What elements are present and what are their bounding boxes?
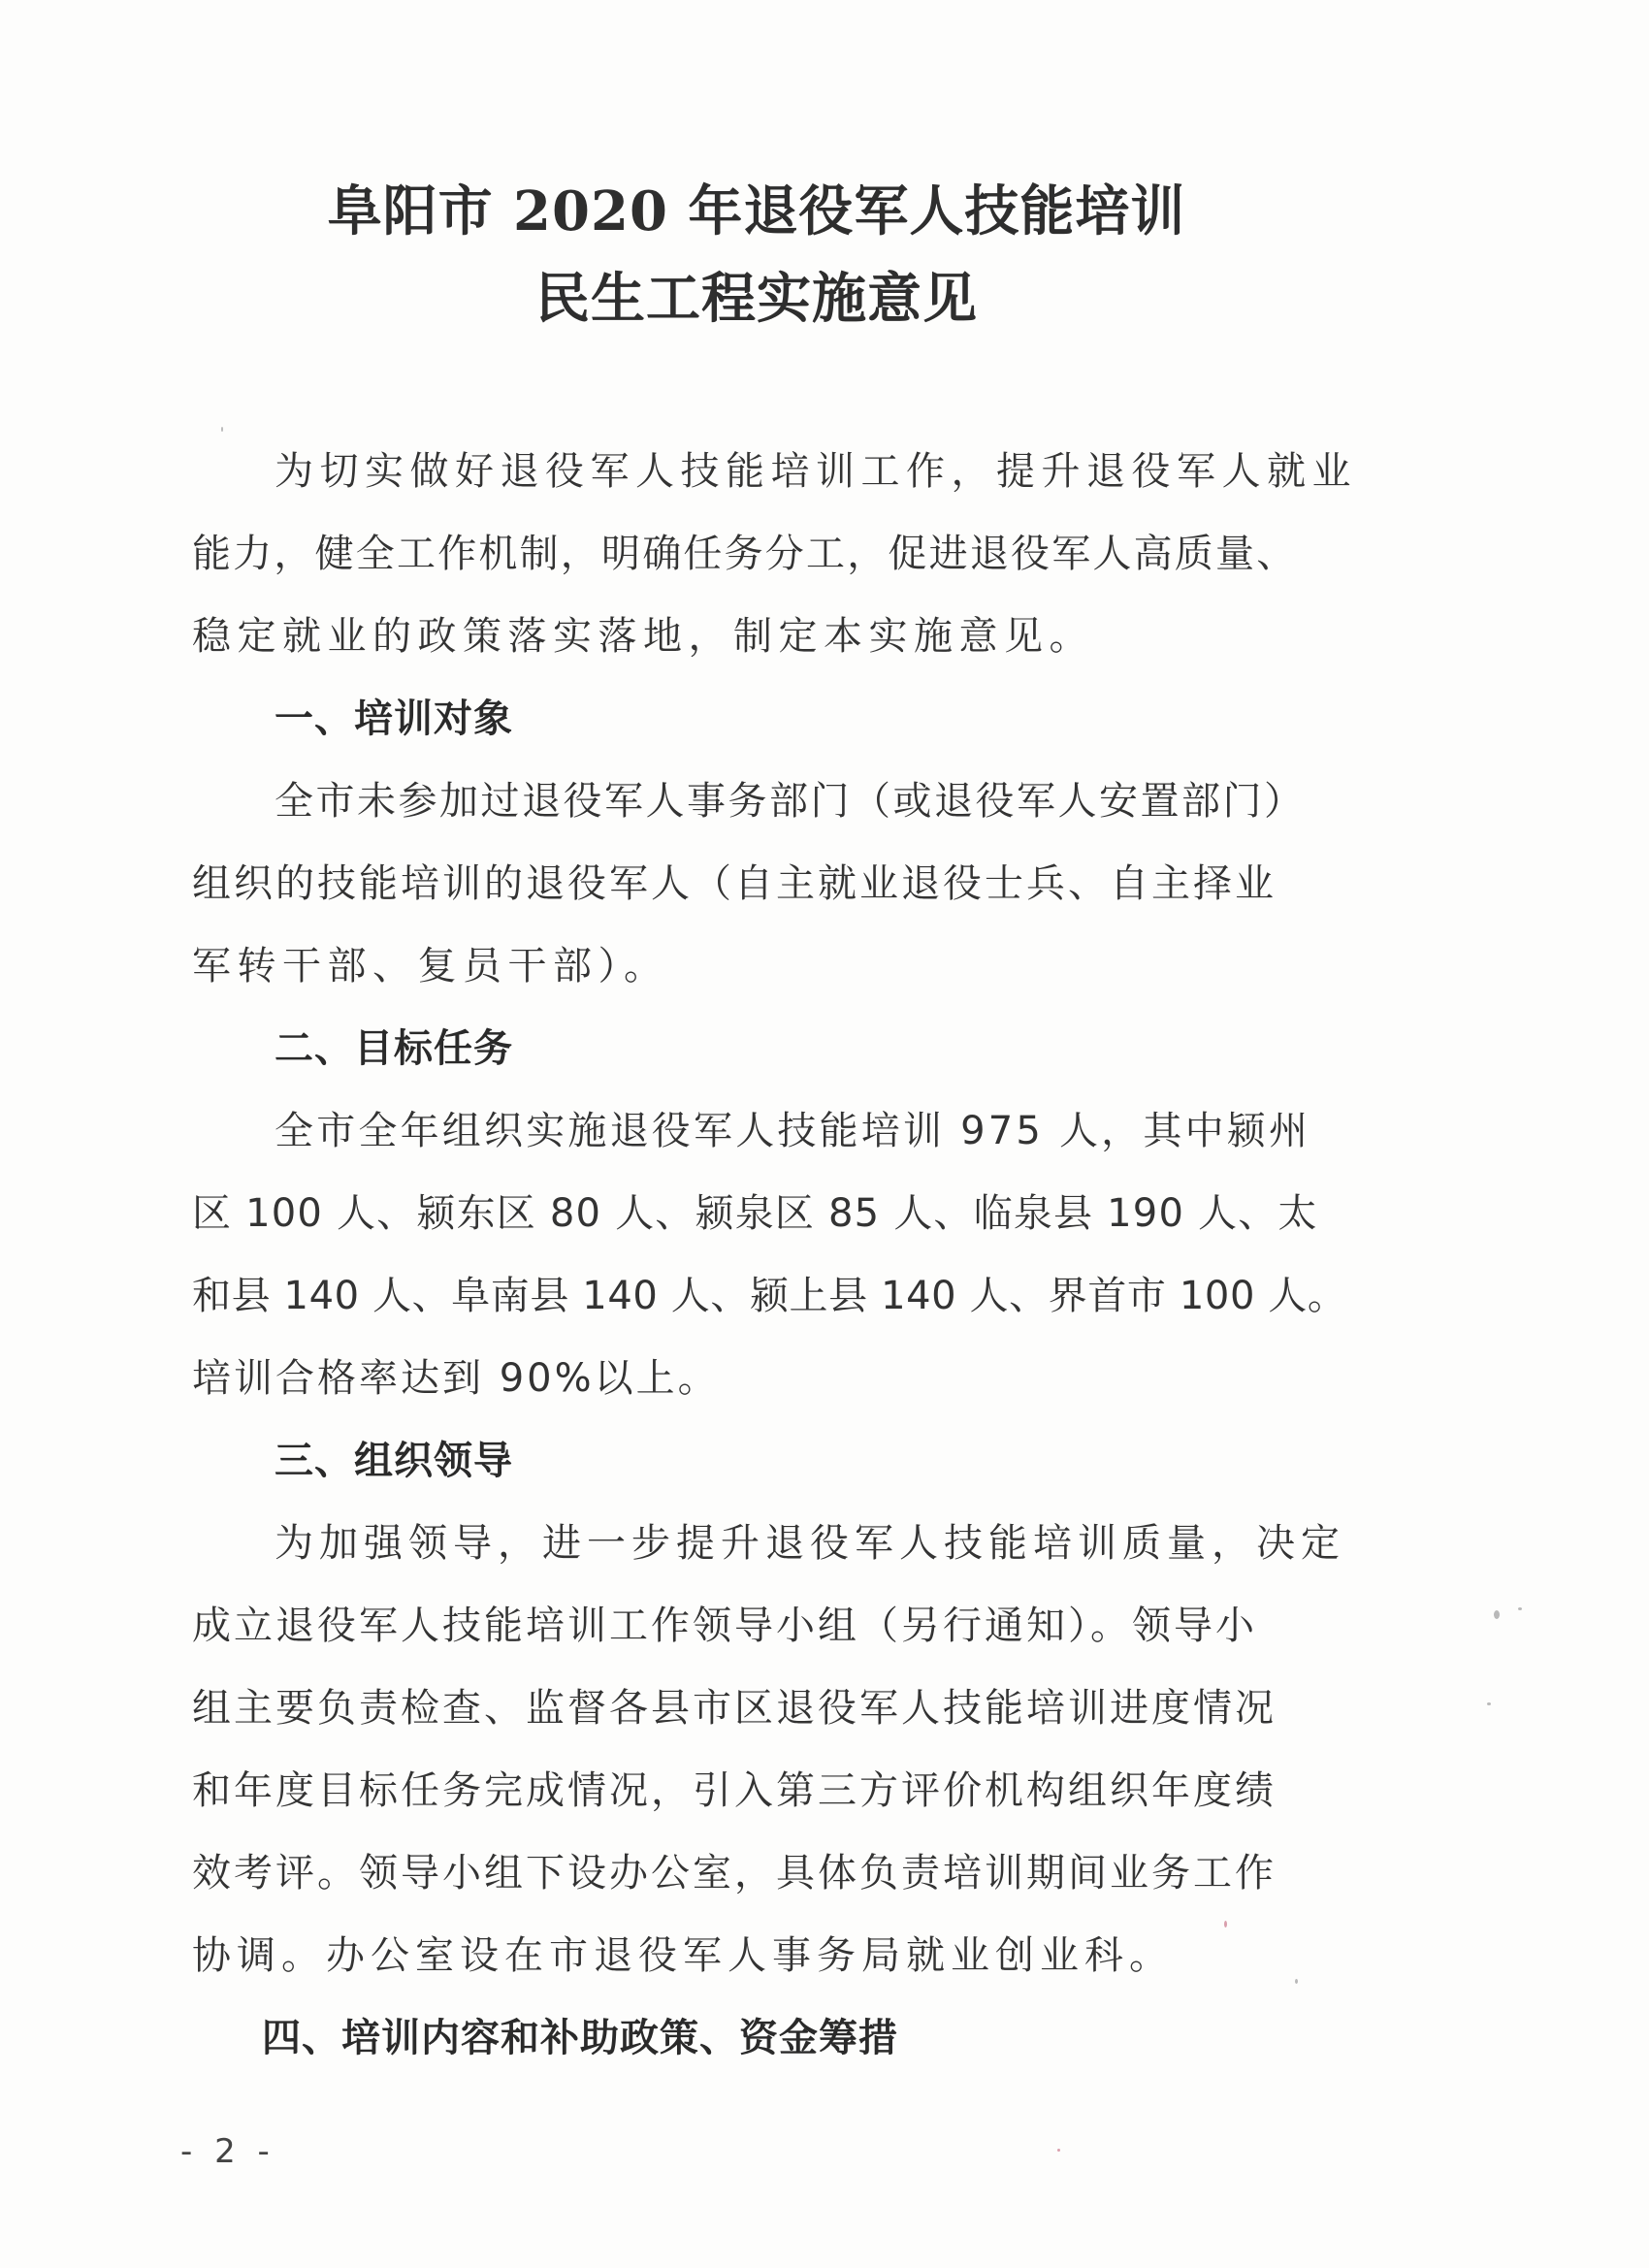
section-heading-4: 四、培训内容和补助政策、资金筹措 xyxy=(262,2014,898,2062)
intro-line-2: 能力，健全工作机制，明确任务分工，促进退役军人高质量、 xyxy=(192,530,1317,578)
scan-speck xyxy=(221,427,223,432)
intro-line-1: 为切实做好退役军人技能培训工作，提升退役军人就业 xyxy=(275,447,1317,496)
scan-speck xyxy=(1487,1702,1491,1705)
document-title-line-1: 阜阳市 2020 年退役军人技能培训 xyxy=(0,180,1513,243)
scan-speck xyxy=(1224,1921,1227,1928)
section-3-line-6: 协调。办公室设在市退役军人事务局就业创业科。 xyxy=(192,1931,1317,1980)
section-1-line-2: 组织的技能培训的退役军人（自主就业退役士兵、自主择业 xyxy=(192,859,1317,908)
section-2-line-1: 全市全年组织实施退役军人技能培训 975 人，其中颍州 xyxy=(275,1107,1317,1155)
page-number: - 2 - xyxy=(180,2130,275,2173)
section-heading-2: 二、目标任务 xyxy=(275,1024,513,1073)
section-heading-1: 一、培训对象 xyxy=(275,695,513,743)
scan-speck xyxy=(1518,1607,1522,1610)
section-2-line-2: 区 100 人、颍东区 80 人、颍泉区 85 人、临泉县 190 人、太 xyxy=(192,1189,1317,1238)
section-heading-3: 三、组织领导 xyxy=(275,1437,513,1485)
intro-line-3: 稳定就业的政策落实落地，制定本实施意见。 xyxy=(192,612,1317,661)
section-3-line-5: 效考评。领导小组下设办公室，具体负责培训期间业务工作 xyxy=(192,1849,1317,1897)
section-2-line-3: 和县 140 人、阜南县 140 人、颍上县 140 人、界首市 100 人。 xyxy=(192,1272,1317,1320)
section-3-line-1: 为加强领导，进一步提升退役军人技能培训质量，决定 xyxy=(275,1519,1317,1568)
section-1-line-3: 军转干部、复员干部）。 xyxy=(192,942,1317,990)
section-1-line-1: 全市未参加过退役军人事务部门（或退役军人安置部门） xyxy=(275,777,1317,826)
scan-speck xyxy=(1494,1610,1500,1619)
document-page: 阜阳市 2020 年退役军人技能培训 民生工程实施意见 为切实做好退役军人技能培… xyxy=(0,0,1649,2268)
scan-speck xyxy=(1057,2149,1060,2152)
section-3-line-2: 成立退役军人技能培训工作领导小组（另行通知）。领导小 xyxy=(192,1602,1317,1650)
section-3-line-3: 组主要负责检查、监督各县市区退役军人技能培训进度情况 xyxy=(192,1684,1317,1733)
section-3-line-4: 和年度目标任务完成情况，引入第三方评价机构组织年度绩 xyxy=(192,1766,1317,1815)
section-2-line-4: 培训合格率达到 90%以上。 xyxy=(192,1354,1317,1403)
document-title-line-2: 民生工程实施意见 xyxy=(0,268,1513,330)
scan-speck xyxy=(1295,1979,1298,1984)
